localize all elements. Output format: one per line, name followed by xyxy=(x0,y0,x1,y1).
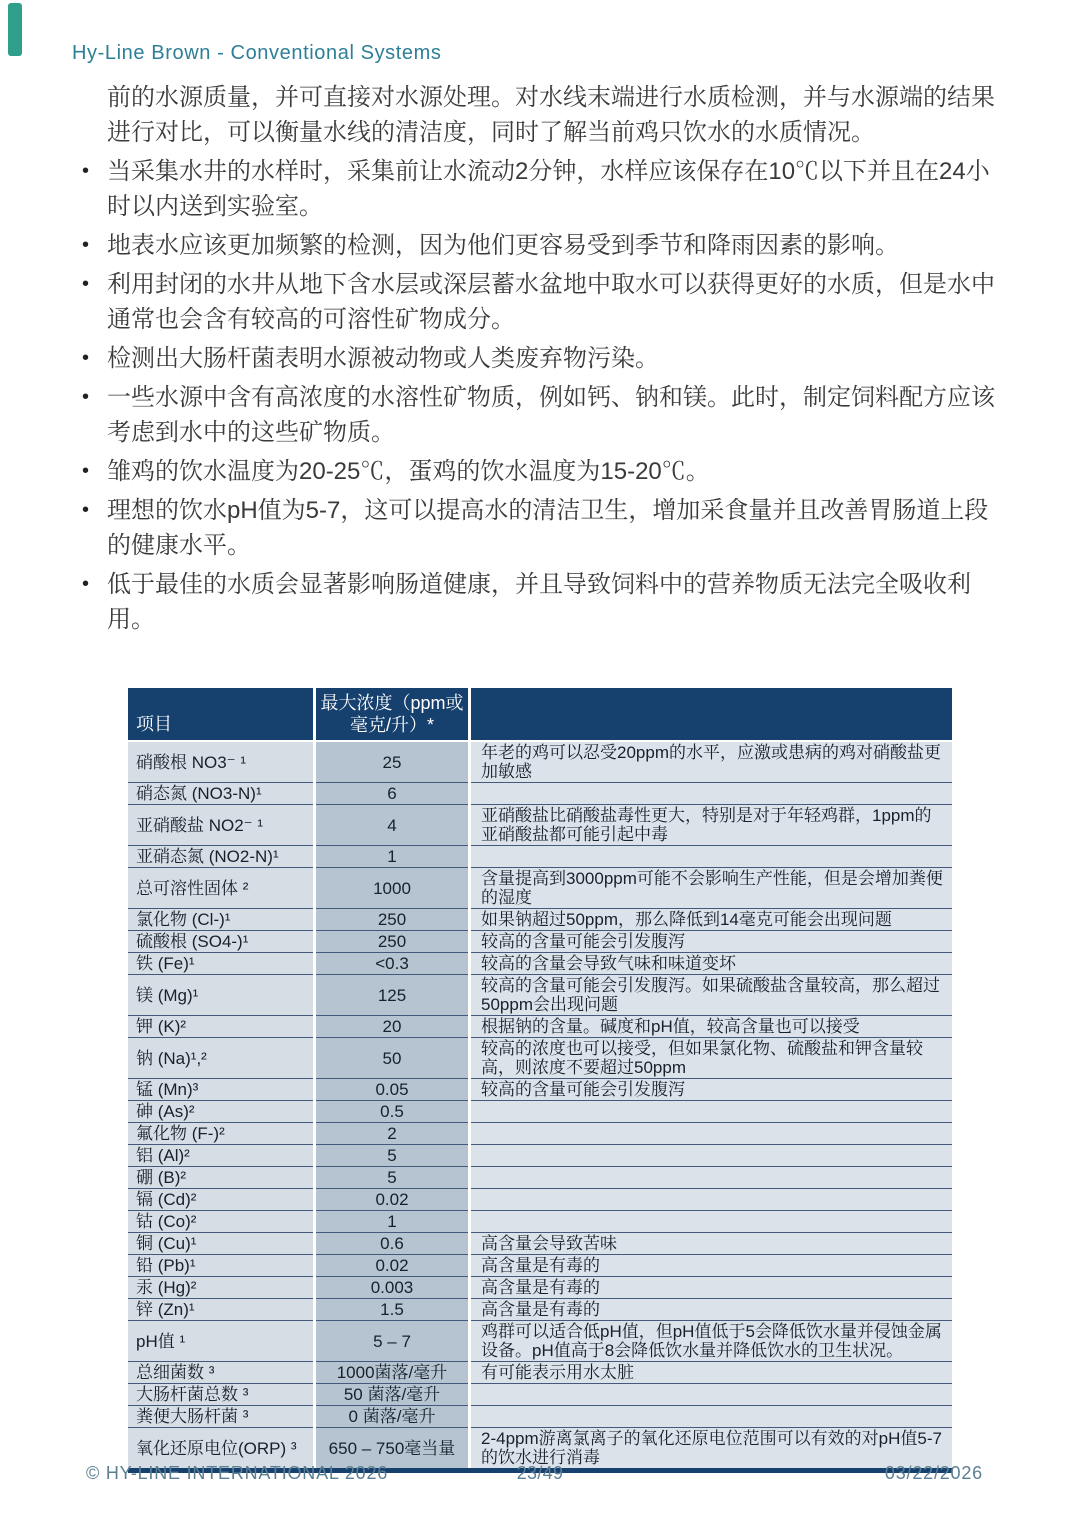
comment-cell: 有可能表示用水太脏 xyxy=(471,1362,952,1384)
intro-paragraph: 前的水源质量，并可直接对水源处理。对水线末端进行水质检测，并与水源端的结果进行对… xyxy=(107,80,999,150)
table-row: 钾 (K)²20根据钠的含量。碱度和pH值，较高含量也可以接受 xyxy=(128,1016,952,1038)
body-content: 前的水源质量，并可直接对水源处理。对水线末端进行水质检测，并与水源端的结果进行对… xyxy=(107,80,999,637)
value-cell: 5 – 7 xyxy=(316,1321,468,1362)
comment-cell: 年老的鸡可以忍受20ppm的水平，应激或患病的鸡对硝酸盐更加敏感 xyxy=(471,742,952,783)
table-row: 铁 (Fe)¹<0.3较高的含量会导致气味和味道变坏 xyxy=(128,953,952,975)
value-cell: 5 xyxy=(316,1167,468,1189)
value-cell: 650 – 750毫当量 xyxy=(316,1428,468,1468)
table-row: 硝态氮 (NO3-N)¹6 xyxy=(128,783,952,805)
param-cell: 总细菌数 ³ xyxy=(128,1362,313,1384)
table-row: 镉 (Cd)²0.02 xyxy=(128,1189,952,1211)
comment-cell: 高含量是有毒的 xyxy=(471,1255,952,1277)
green-corner-mark xyxy=(8,3,22,56)
bullet-list: 当采集水井的水样时，采集前让水流动2分钟，水样应该保存在10℃以下并且在24小时… xyxy=(107,154,999,637)
water-quality-table: 项目 最大浓度（ppm或毫克/升）* 硝酸根 NO3⁻ ¹25年老的鸡可以忍受2… xyxy=(128,688,952,1473)
param-cell: 硝态氮 (NO3-N)¹ xyxy=(128,783,313,805)
param-cell: 锌 (Zn)¹ xyxy=(128,1299,313,1321)
param-cell: 砷 (As)² xyxy=(128,1101,313,1123)
table-row: 粪便大肠杆菌 ³0 菌落/毫升 xyxy=(128,1406,952,1428)
table-row: 硫酸根 (SO4-)¹250较高的含量可能会引发腹泻 xyxy=(128,931,952,953)
bullet-item: 一些水源中含有高浓度的水溶性矿物质，例如钙、钠和镁。此时，制定饲料配方应该考虑到… xyxy=(107,380,999,450)
table-row: 氧化还原电位(ORP) ³650 – 750毫当量2-4ppm游离氯离子的氧化还… xyxy=(128,1428,952,1468)
value-cell: 0.003 xyxy=(316,1277,468,1299)
comment-cell: 较高的含量可能会引发腹泻。如果硫酸盐含量较高，那么超过50ppm会出现问题 xyxy=(471,975,952,1016)
value-cell: 125 xyxy=(316,975,468,1016)
value-cell: 2 xyxy=(316,1123,468,1145)
value-cell: 0.5 xyxy=(316,1101,468,1123)
param-cell: 氧化还原电位(ORP) ³ xyxy=(128,1428,313,1468)
table-row: 钴 (Co)²1 xyxy=(128,1211,952,1233)
param-cell: 硼 (B)² xyxy=(128,1167,313,1189)
param-cell: pH值 ¹ xyxy=(128,1321,313,1362)
table-row: 铜 (Cu)¹0.6高含量会导致苦味 xyxy=(128,1233,952,1255)
value-cell: 6 xyxy=(316,783,468,805)
comment-cell xyxy=(471,1406,952,1428)
comment-cell: 亚硝酸盐比硝酸盐毒性更大，特别是对于年轻鸡群，1ppm的亚硝酸盐都可能引起中毒 xyxy=(471,805,952,846)
param-cell: 亚硝态氮 (NO2-N)¹ xyxy=(128,846,313,868)
value-cell: 50 菌落/毫升 xyxy=(316,1384,468,1406)
table-row: 氟化物 (F-)²2 xyxy=(128,1123,952,1145)
param-cell: 铅 (Pb)¹ xyxy=(128,1255,313,1277)
comment-cell: 含量提高到3000ppm可能不会影响生产性能，但是会增加粪便的湿度 xyxy=(471,868,952,909)
comment-cell xyxy=(471,1211,952,1233)
value-cell: 20 xyxy=(316,1016,468,1038)
param-cell: 大肠杆菌总数 ³ xyxy=(128,1384,313,1406)
value-cell: 5 xyxy=(316,1145,468,1167)
table-row: 砷 (As)²0.5 xyxy=(128,1101,952,1123)
table-row: 硝酸根 NO3⁻ ¹25年老的鸡可以忍受20ppm的水平，应激或患病的鸡对硝酸盐… xyxy=(128,742,952,783)
param-cell: 钴 (Co)² xyxy=(128,1211,313,1233)
comment-cell xyxy=(471,1384,952,1406)
value-cell: 0.05 xyxy=(316,1079,468,1101)
comment-cell xyxy=(471,1101,952,1123)
bullet-item: 地表水应该更加频繁的检测，因为他们更容易受到季节和降雨因素的影响。 xyxy=(107,228,999,263)
param-cell: 铁 (Fe)¹ xyxy=(128,953,313,975)
value-cell: 1 xyxy=(316,1211,468,1233)
comment-cell: 较高的含量可能会引发腹泻 xyxy=(471,931,952,953)
page-footer: © HY-LINE INTERNATIONAL 2026 23/49 03/22… xyxy=(0,1463,1080,1487)
table-row: pH值 ¹5 – 7鸡群可以适合低pH值，但pH值低于5会降低饮水量并侵蚀金属设… xyxy=(128,1321,952,1362)
table-row: 锰 (Mn)³0.05较高的含量可能会引发腹泻 xyxy=(128,1079,952,1101)
comment-cell: 如果钠超过50ppm，那么降低到14毫克可能会出现问题 xyxy=(471,909,952,931)
param-cell: 汞 (Hg)² xyxy=(128,1277,313,1299)
table-row: 总可溶性固体 ²1000含量提高到3000ppm可能不会影响生产性能，但是会增加… xyxy=(128,868,952,909)
value-cell: 0 菌落/毫升 xyxy=(316,1406,468,1428)
param-cell: 亚硝酸盐 NO2⁻ ¹ xyxy=(128,805,313,846)
table-row: 亚硝态氮 (NO2-N)¹1 xyxy=(128,846,952,868)
bullet-item: 理想的饮水pH值为5-7，这可以提高水的清洁卫生，增加采食量并且改善胃肠道上段的… xyxy=(107,493,999,563)
column-header-param: 项目 xyxy=(128,688,313,742)
comment-cell: 鸡群可以适合低pH值，但pH值低于5会降低饮水量并侵蚀金属设备。pH值高于8会降… xyxy=(471,1321,952,1362)
param-cell: 铝 (Al)² xyxy=(128,1145,313,1167)
value-cell: 25 xyxy=(316,742,468,783)
param-cell: 镁 (Mg)¹ xyxy=(128,975,313,1016)
comment-cell xyxy=(471,1145,952,1167)
table-row: 总细菌数 ³1000菌落/毫升有可能表示用水太脏 xyxy=(128,1362,952,1384)
table-row: 氯化物 (Cl-)¹250如果钠超过50ppm，那么降低到14毫克可能会出现问题 xyxy=(128,909,952,931)
comment-cell: 2-4ppm游离氯离子的氧化还原电位范围可以有效的对pH值5-7的饮水进行消毒 xyxy=(471,1428,952,1468)
value-cell: 1000 xyxy=(316,868,468,909)
table-row: 镁 (Mg)¹125较高的含量可能会引发腹泻。如果硫酸盐含量较高，那么超过50p… xyxy=(128,975,952,1016)
comment-cell: 较高的含量可能会引发腹泻 xyxy=(471,1079,952,1101)
param-cell: 镉 (Cd)² xyxy=(128,1189,313,1211)
bullet-item: 检测出大肠杆菌表明水源被动物或人类废弃物污染。 xyxy=(107,341,999,376)
comment-cell xyxy=(471,1123,952,1145)
param-cell: 总可溶性固体 ² xyxy=(128,868,313,909)
param-cell: 钠 (Na)¹,² xyxy=(128,1038,313,1079)
column-header-max-concentration: 最大浓度（ppm或毫克/升）* xyxy=(316,688,468,742)
value-cell: 50 xyxy=(316,1038,468,1079)
value-cell: <0.3 xyxy=(316,953,468,975)
param-cell: 铜 (Cu)¹ xyxy=(128,1233,313,1255)
footer-date: 03/22/2026 xyxy=(885,1463,983,1484)
table-row: 亚硝酸盐 NO2⁻ ¹4亚硝酸盐比硝酸盐毒性更大，特别是对于年轻鸡群，1ppm的… xyxy=(128,805,952,846)
comment-cell: 较高的含量会导致气味和味道变坏 xyxy=(471,953,952,975)
value-cell: 1 xyxy=(316,846,468,868)
table-row: 锌 (Zn)¹1.5高含量是有毒的 xyxy=(128,1299,952,1321)
param-cell: 硫酸根 (SO4-)¹ xyxy=(128,931,313,953)
comment-cell xyxy=(471,783,952,805)
table-row: 铅 (Pb)¹0.02高含量是有毒的 xyxy=(128,1255,952,1277)
comment-cell xyxy=(471,1189,952,1211)
bullet-item: 利用封闭的水井从地下含水层或深层蓄水盆地中取水可以获得更好的水质，但是水中通常也… xyxy=(107,267,999,337)
comment-cell: 高含量是有毒的 xyxy=(471,1277,952,1299)
comment-cell xyxy=(471,1167,952,1189)
table-row: 大肠杆菌总数 ³50 菌落/毫升 xyxy=(128,1384,952,1406)
value-cell: 4 xyxy=(316,805,468,846)
value-cell: 0.6 xyxy=(316,1233,468,1255)
bullet-item: 当采集水井的水样时，采集前让水流动2分钟，水样应该保存在10℃以下并且在24小时… xyxy=(107,154,999,224)
param-cell: 钾 (K)² xyxy=(128,1016,313,1038)
value-cell: 250 xyxy=(316,931,468,953)
value-cell: 0.02 xyxy=(316,1189,468,1211)
comment-cell: 较高的浓度也可以接受，但如果氯化物、硫酸盐和钾含量较高，则浓度不要超过50ppm xyxy=(471,1038,952,1079)
comment-cell: 高含量是有毒的 xyxy=(471,1299,952,1321)
value-cell: 1000菌落/毫升 xyxy=(316,1362,468,1384)
bullet-item: 雏鸡的饮水温度为20-25℃，蛋鸡的饮水温度为15-20℃。 xyxy=(107,454,999,489)
table-row: 铝 (Al)²5 xyxy=(128,1145,952,1167)
comment-cell: 高含量会导致苦味 xyxy=(471,1233,952,1255)
param-cell: 粪便大肠杆菌 ³ xyxy=(128,1406,313,1428)
param-cell: 锰 (Mn)³ xyxy=(128,1079,313,1101)
value-cell: 1.5 xyxy=(316,1299,468,1321)
param-cell: 硝酸根 NO3⁻ ¹ xyxy=(128,742,313,783)
table-row: 钠 (Na)¹,²50较高的浓度也可以接受，但如果氯化物、硫酸盐和钾含量较高，则… xyxy=(128,1038,952,1079)
document-header-title: Hy-Line Brown - Conventional Systems xyxy=(72,42,442,65)
comment-cell xyxy=(471,846,952,868)
table-header-row: 项目 最大浓度（ppm或毫克/升）* xyxy=(128,688,952,742)
param-cell: 氟化物 (F-)² xyxy=(128,1123,313,1145)
param-cell: 氯化物 (Cl-)¹ xyxy=(128,909,313,931)
bullet-item: 低于最佳的水质会显著影响肠道健康，并且导致饲料中的营养物质无法完全吸收利用。 xyxy=(107,567,999,637)
comment-cell: 根据钠的含量。碱度和pH值，较高含量也可以接受 xyxy=(471,1016,952,1038)
table-row: 汞 (Hg)²0.003高含量是有毒的 xyxy=(128,1277,952,1299)
table-row: 硼 (B)²5 xyxy=(128,1167,952,1189)
value-cell: 250 xyxy=(316,909,468,931)
column-header-comment xyxy=(471,688,952,742)
value-cell: 0.02 xyxy=(316,1255,468,1277)
